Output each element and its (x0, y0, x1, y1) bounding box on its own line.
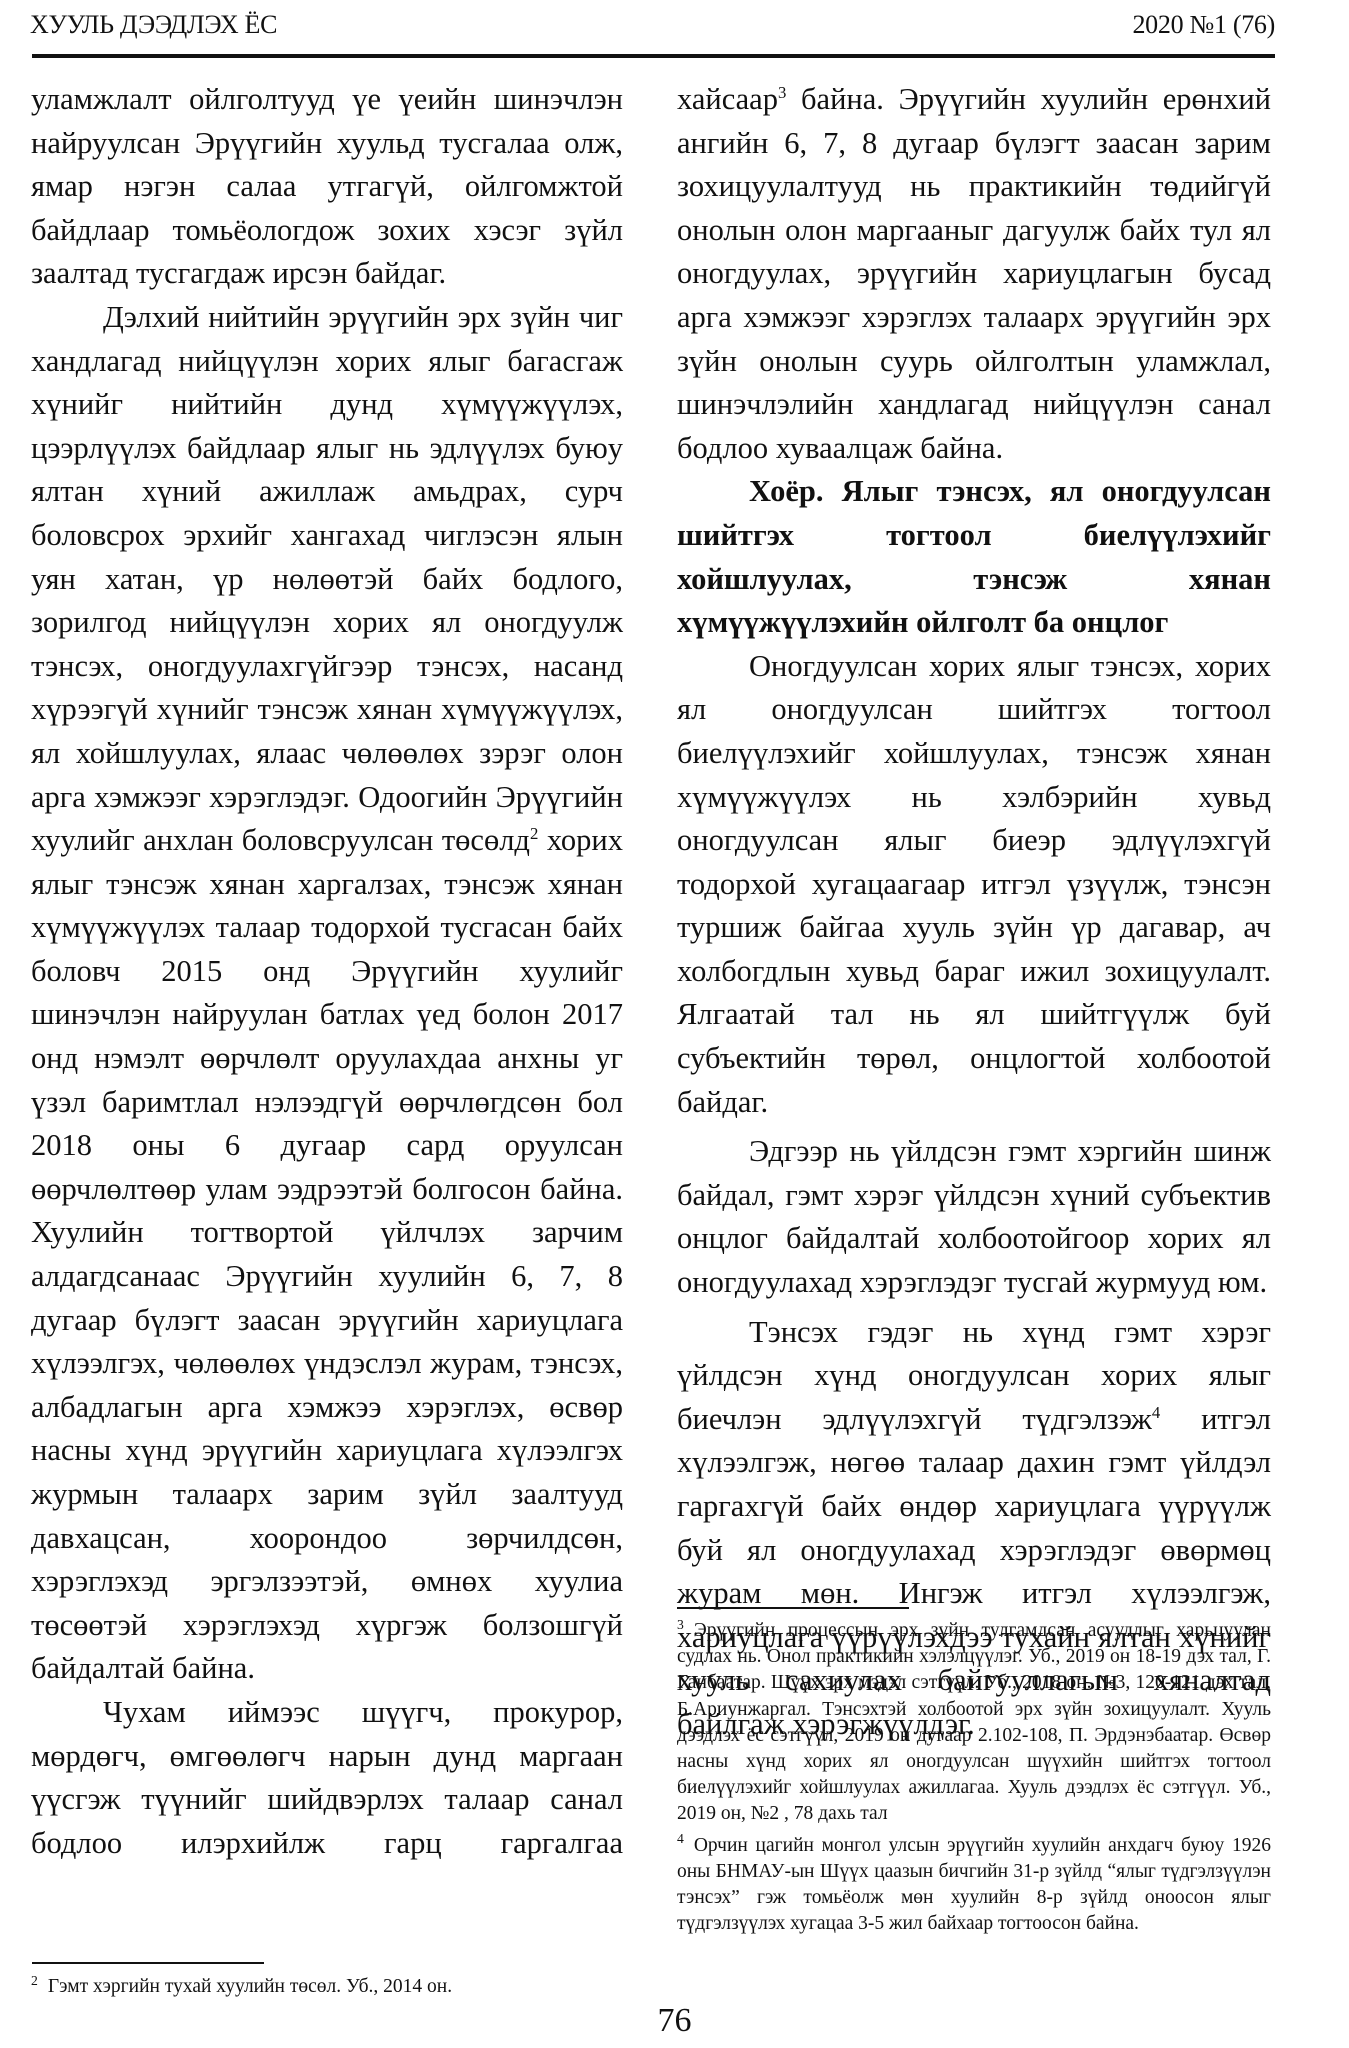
page-number: 76 (0, 2002, 1349, 2040)
footnote-rule-left (32, 1962, 264, 1964)
footnote: 2Гэмт хэргийн тухай хуулийн төсөл. Уб., … (31, 1974, 623, 2000)
paragraph-text: хайсаар (677, 82, 778, 116)
paragraph: Оногдуулсан хорих ялыг тэнсэх, хорих ял … (677, 645, 1271, 1125)
journal-title: ХУУЛЬ ДЭЭДЛЭХ ЁС (30, 10, 277, 40)
footnote: 3Эрүүгийн процессын эрх зүйн тулгамдсан … (677, 1618, 1271, 1828)
footnote-text: Орчин цагийн монгол улсын эрүүгийн хуули… (677, 1835, 1271, 1935)
paragraph: хайсаар3 байна. Эрүүгийн хуулийн ерөнхий… (677, 78, 1271, 470)
paragraph: Дэлхий нийтийн эрүүгийн эрх зүйн чиг хан… (31, 296, 623, 1691)
header-rule (32, 54, 1275, 58)
paragraph: Чухам иймээс шүүгч, прокурор, мөрдөгч, ө… (31, 1691, 623, 1865)
footnote: 4Орчин цагийн монгол улсын эрүүгийн хуул… (677, 1833, 1271, 1938)
paragraph: уламжлалт ойлголтууд үе үеийн шинэчлэн н… (31, 78, 623, 296)
footnote-number: 4 (677, 1831, 684, 1846)
left-column: уламжлалт ойлголтууд үе үеийн шинэчлэн н… (31, 78, 623, 1865)
footnote-number: 3 (677, 1617, 684, 1632)
paragraph-text: байна. Эрүүгийн хуулийн ерөнхий ангийн 6… (677, 82, 1271, 465)
footnote-number: 2 (31, 1973, 38, 1988)
paragraph: Эдгээр нь үйлдсэн гэмт хэргийн шинж байд… (677, 1130, 1271, 1304)
footnotes-right: 3Эрүүгийн процессын эрх зүйн тулгамдсан … (677, 1618, 1271, 1942)
right-column: хайсаар3 байна. Эрүүгийн хуулийн ерөнхий… (677, 78, 1271, 1747)
section-heading: Хоёр. Ялыг тэнсэх, ял оногдуулсан шийтгэ… (677, 470, 1271, 644)
paragraph-text: хорих ялыг тэнсэж хянан харгалзах, тэнсэ… (31, 823, 623, 1685)
footnote-ref[interactable]: 4 (1152, 1403, 1160, 1422)
issue-number: 2020 №1 (76) (1132, 10, 1275, 40)
footnote-text: Гэмт хэргийн тухай хуулийн төсөл. Уб., 2… (48, 1976, 452, 1997)
footnotes-left: 2Гэмт хэргийн тухай хуулийн төсөл. Уб., … (31, 1974, 623, 2005)
paragraph-text: Дэлхий нийтийн эрүүгийн эрх зүйн чиг хан… (31, 300, 623, 857)
footnote-rule-right (677, 1607, 909, 1609)
footnote-text: Эрүүгийн процессын эрх зүйн тулгамдсан а… (677, 1620, 1271, 1824)
